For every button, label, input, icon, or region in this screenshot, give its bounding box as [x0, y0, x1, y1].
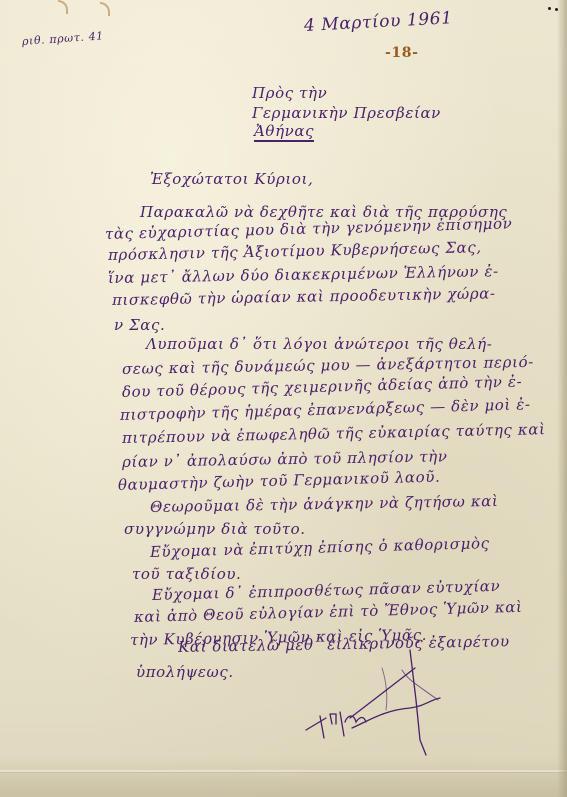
body-line: πιστροφὴν τῆς ἡμέρας ἐπανενάρξεως — δὲν … [120, 397, 531, 423]
letter-date: 4 Μαρτίου 1961 [304, 10, 453, 35]
body-line: Λυποῦμαι δ᾽ ὅτι λόγοι ἀνώτεροι τῆς θελή- [146, 337, 492, 352]
paper-edge-shadow [557, 0, 567, 797]
body-line: θαυμαστὴν ζωὴν τοῦ Γερμανικοῦ λαοῦ. [118, 470, 441, 493]
recipient-line-2: Γερμανικὴν Πρεσβείαν [252, 106, 441, 121]
body-line: συγγνώμην διὰ τοῦτο. [124, 522, 306, 537]
reference-number: ριθ. πρωτ. 41 [22, 30, 105, 47]
body-line: ρίαν ν᾽ ἀπολαύσω ἀπὸ τοῦ πλησίον τὴν [122, 449, 448, 470]
recipient-line-3: Ἀθήνας [254, 124, 314, 142]
body-line: πρόσκλησιν τῆς Ἀξιοτίμου Κυβερνήσεως Σας… [108, 240, 482, 263]
body-line: Εὔχομαι νὰ ἐπιτύχῃ ἐπίσης ὁ καθορισμὸς [150, 536, 490, 560]
body-line: ἵνα μετ᾽ ἄλλων δύο διακεκριμένων Ἑλλήνων… [108, 264, 499, 286]
body-line: πιτρέπουν νὰ ἐπωφεληθῶ τῆς εὐκαιρίας ταύ… [122, 422, 546, 446]
page-number: -18- [385, 46, 419, 60]
paper-stain [58, 0, 68, 14]
recipient-line-1: Πρὸς τὴν [252, 86, 327, 101]
body-line: πισκεφθῶ τὴν ὡραίαν καὶ προοδευτικὴν χώρ… [112, 286, 496, 308]
salutation: Ἐξοχώτατοι Κύριοι, [150, 172, 313, 187]
letter-page: ριθ. πρωτ. 41 4 Μαρτίου 1961 -18- Πρὸς τ… [0, 0, 567, 797]
body-line: Θεωροῦμαι δὲ τὴν ἀνάγκην νὰ ζητήσω καὶ [150, 494, 499, 515]
body-line: τοῦ ταξιδίου. [132, 567, 241, 582]
body-line: καὶ ἀπὸ Θεοῦ εὐλογίαν ἐπὶ τὸ Ἔθνος Ὑμῶν … [134, 600, 523, 625]
body-line: ὑπολήψεως. [136, 665, 234, 680]
paper-stain [100, 2, 110, 16]
signature-scrawl [290, 640, 450, 760]
ink-speck [548, 7, 551, 10]
body-line: ν Σας. [114, 318, 165, 333]
paper-edge-shadow [0, 757, 567, 797]
